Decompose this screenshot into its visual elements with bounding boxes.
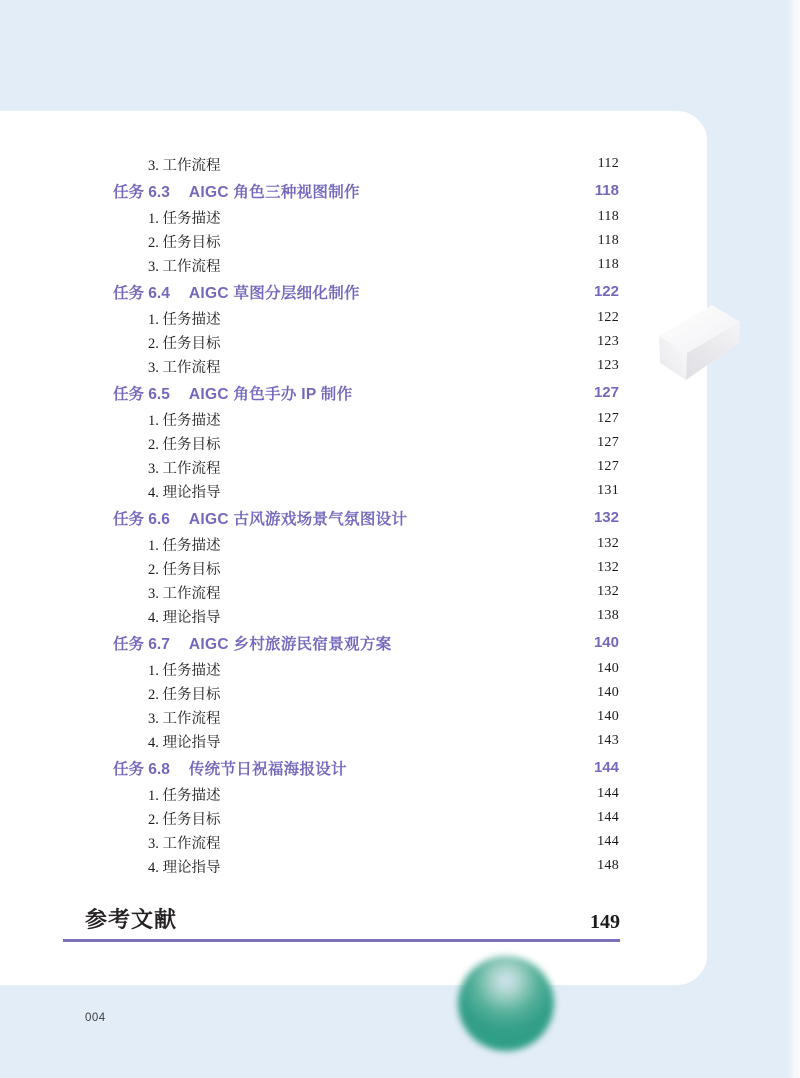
toc-entry: 1. 任务描述 127 bbox=[113, 407, 619, 431]
toc-entry-page: 122 bbox=[597, 310, 619, 326]
toc-entry: 任务 6.3 AIGC 角色三种视图制作 118 bbox=[113, 176, 619, 205]
toc-entry-title: AIGC 草图分层细化制作 bbox=[189, 281, 360, 303]
toc-entry-title: 3. 工作流程 bbox=[148, 356, 221, 377]
toc-entry: 3. 工作流程 127 bbox=[113, 455, 619, 479]
references-page-number: 149 bbox=[590, 911, 620, 934]
toc-entry-page: 132 bbox=[597, 560, 619, 576]
content-card: 3. 工作流程 112 任务 6.3 AIGC 角色三种视图制作 118 1. … bbox=[0, 111, 707, 985]
references-heading: 参考文献 bbox=[85, 903, 177, 934]
toc-entry-title: 2. 任务目标 bbox=[148, 683, 221, 704]
toc-entry-title: 2. 任务目标 bbox=[148, 231, 221, 252]
toc-entry-number: 任务 6.4 bbox=[113, 281, 170, 303]
toc-entry-number: 任务 6.7 bbox=[113, 632, 170, 654]
toc-entry-page: 138 bbox=[597, 608, 619, 624]
toc-entry-page: 144 bbox=[594, 759, 619, 776]
toc-entry-page: 144 bbox=[597, 834, 619, 850]
references-row: 参考文献 149 bbox=[63, 903, 620, 942]
toc-entry-page: 144 bbox=[597, 786, 619, 802]
toc-entry-title: 3. 工作流程 bbox=[148, 255, 221, 276]
toc-entry-title: 3. 工作流程 bbox=[148, 457, 221, 478]
toc-entry: 任务 6.5 AIGC 角色手办 IP 制作 127 bbox=[113, 378, 619, 407]
toc-entry-page: 118 bbox=[598, 233, 619, 249]
toc-entry-page: 118 bbox=[595, 182, 619, 199]
toc-entry: 1. 任务描述 118 bbox=[113, 205, 619, 229]
toc-entry-page: 118 bbox=[598, 209, 619, 225]
toc-entry-number: 任务 6.8 bbox=[113, 757, 170, 779]
toc-entry-number: 任务 6.6 bbox=[113, 507, 170, 529]
toc-entry-page: 140 bbox=[597, 709, 619, 725]
sphere-decoration bbox=[458, 956, 554, 1051]
toc-entry-page: 132 bbox=[597, 584, 619, 600]
toc-entry-page: 132 bbox=[594, 509, 619, 526]
toc-entry-title: 传统节日祝福海报设计 bbox=[189, 757, 347, 779]
toc-entry: 2. 任务目标 118 bbox=[113, 229, 619, 253]
toc-entry-title: 1. 任务描述 bbox=[148, 534, 221, 555]
toc-entry-page: 148 bbox=[597, 858, 619, 874]
toc-entry-page: 123 bbox=[597, 358, 619, 374]
toc-entry-page: 143 bbox=[597, 733, 619, 749]
toc-entry-title: 2. 任务目标 bbox=[148, 808, 221, 829]
toc-entry-page: 144 bbox=[597, 810, 619, 826]
toc-entry: 2. 任务目标 144 bbox=[113, 806, 619, 830]
page-edge-strip bbox=[788, 0, 800, 1078]
toc-entry: 3. 工作流程 140 bbox=[113, 705, 619, 729]
toc-entry-title: 2. 任务目标 bbox=[148, 332, 221, 353]
toc-entry: 1. 任务描述 140 bbox=[113, 657, 619, 681]
toc-entry-page: 118 bbox=[598, 257, 619, 273]
toc-entry-page: 140 bbox=[597, 661, 619, 677]
toc-entry-title: 2. 任务目标 bbox=[148, 558, 221, 579]
toc-entry-page: 131 bbox=[597, 483, 619, 499]
toc-entry-title: AIGC 古风游戏场景气氛图设计 bbox=[189, 507, 407, 529]
toc-entry: 4. 理论指导 131 bbox=[113, 479, 619, 503]
toc-entry-page: 122 bbox=[594, 283, 619, 300]
toc-entry: 1. 任务描述 122 bbox=[113, 306, 619, 330]
toc-entry: 2. 任务目标 140 bbox=[113, 681, 619, 705]
toc-entry: 任务 6.8 传统节日祝福海报设计 144 bbox=[113, 753, 619, 782]
toc-entry: 3. 工作流程 132 bbox=[113, 580, 619, 604]
toc-entry-page: 127 bbox=[597, 411, 619, 427]
toc-entry-page: 132 bbox=[597, 536, 619, 552]
toc-entry: 4. 理论指导 143 bbox=[113, 729, 619, 753]
toc-entry-title: 1. 任务描述 bbox=[148, 308, 221, 329]
toc-entry: 2. 任务目标 123 bbox=[113, 330, 619, 354]
toc-entry: 任务 6.4 AIGC 草图分层细化制作 122 bbox=[113, 277, 619, 306]
toc-entry-title: 1. 任务描述 bbox=[148, 659, 221, 680]
toc-entry-title: 2. 任务目标 bbox=[148, 433, 221, 454]
cube-decoration-icon bbox=[648, 294, 748, 389]
toc-entry-page: 127 bbox=[597, 459, 619, 475]
toc-entry: 任务 6.7 AIGC 乡村旅游民宿景观方案 140 bbox=[113, 628, 619, 657]
toc-entry: 4. 理论指导 148 bbox=[113, 854, 619, 878]
toc-entry: 4. 理论指导 138 bbox=[113, 604, 619, 628]
toc-entry-title: 4. 理论指导 bbox=[148, 731, 221, 752]
toc-entry-title: 3. 工作流程 bbox=[148, 582, 221, 603]
toc-entry: 2. 任务目标 127 bbox=[113, 431, 619, 455]
toc-entry: 任务 6.6 AIGC 古风游戏场景气氛图设计 132 bbox=[113, 503, 619, 532]
toc-entry-title: 1. 任务描述 bbox=[148, 207, 221, 228]
toc-entry-page: 123 bbox=[597, 334, 619, 350]
toc-entry-title: 3. 工作流程 bbox=[148, 707, 221, 728]
toc-entry-page: 112 bbox=[598, 156, 619, 172]
toc-entry-title: AIGC 角色三种视图制作 bbox=[189, 180, 360, 202]
toc-entry: 3. 工作流程 118 bbox=[113, 253, 619, 277]
toc-entry-page: 140 bbox=[594, 634, 619, 651]
toc-entry-title: 3. 工作流程 bbox=[148, 154, 221, 175]
toc-entry: 3. 工作流程 112 bbox=[113, 152, 619, 176]
toc-entry-number: 任务 6.5 bbox=[113, 382, 170, 404]
toc-entry-title: AIGC 乡村旅游民宿景观方案 bbox=[189, 632, 392, 654]
toc-entry-title: 4. 理论指导 bbox=[148, 606, 221, 627]
toc-entry-title: 4. 理论指导 bbox=[148, 856, 221, 877]
toc-entry-title: 1. 任务描述 bbox=[148, 784, 221, 805]
toc-entry-title: 4. 理论指导 bbox=[148, 481, 221, 502]
toc-entry: 1. 任务描述 144 bbox=[113, 782, 619, 806]
toc-entry: 3. 工作流程 123 bbox=[113, 354, 619, 378]
toc-entry-number: 任务 6.3 bbox=[113, 180, 170, 202]
toc-entry-title: AIGC 角色手办 IP 制作 bbox=[189, 382, 353, 404]
toc-entry: 1. 任务描述 132 bbox=[113, 532, 619, 556]
footer-page-number: 004 bbox=[85, 1012, 106, 1024]
toc-entry-page: 127 bbox=[594, 384, 619, 401]
toc-entry-page: 127 bbox=[597, 435, 619, 451]
toc-list: 3. 工作流程 112 任务 6.3 AIGC 角色三种视图制作 118 1. … bbox=[113, 152, 619, 878]
toc-entry-page: 140 bbox=[597, 685, 619, 701]
toc-entry-title: 3. 工作流程 bbox=[148, 832, 221, 853]
book-page: 3. 工作流程 112 任务 6.3 AIGC 角色三种视图制作 118 1. … bbox=[0, 0, 800, 1078]
toc-entry-title: 1. 任务描述 bbox=[148, 409, 221, 430]
toc-entry: 2. 任务目标 132 bbox=[113, 556, 619, 580]
toc-entry: 3. 工作流程 144 bbox=[113, 830, 619, 854]
